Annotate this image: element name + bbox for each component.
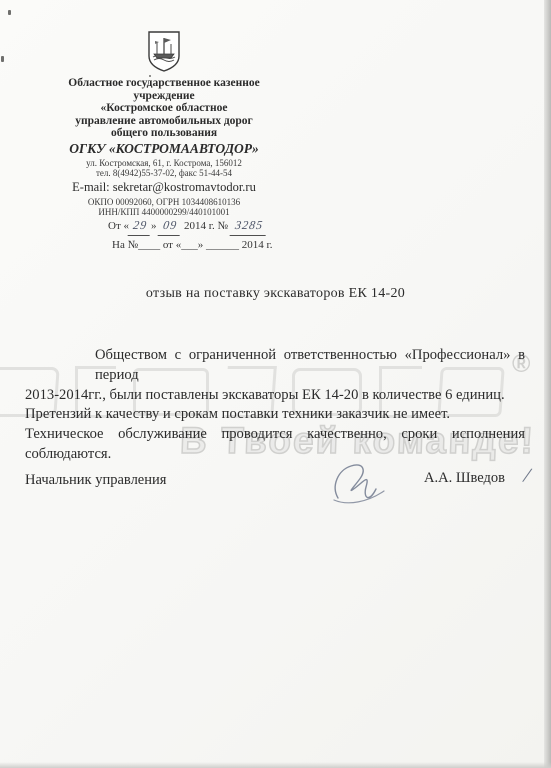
scan-speck — [8, 10, 11, 15]
body-line: 2013-2014гг., были поставлены экскаватор… — [25, 386, 525, 406]
scan-right-edge-shadow — [544, 0, 551, 768]
org-phone-fax: тел. 8(4942)55-37-02, факс 51-44-54 — [30, 168, 298, 178]
reference-block: От «29» 09 2014 г. № 3285 На №____ от «_… — [108, 216, 338, 255]
ref-number-handwritten: 3285 — [229, 216, 268, 236]
org-email: E-mail: sekretar@kostromavtodor.ru — [30, 180, 298, 195]
incoming-ref-line: На №____ от «___» ______ 2014 г. — [108, 236, 338, 255]
scan-speck — [1, 56, 4, 62]
document-title: отзыв на поставку экскаваторов ЕК 14-20 — [0, 286, 551, 302]
scan-bottom-edge-shadow — [0, 762, 551, 768]
ref-month-handwritten: 09 — [158, 216, 183, 236]
org-name-line: учреждение — [30, 90, 298, 103]
scanned-letter-page: ® В Твоей команде! Областное государстве… — [0, 0, 551, 768]
ref-from-label: От « — [108, 220, 129, 232]
body-paragraph: Обществом с ограниченной ответственность… — [25, 346, 525, 465]
outgoing-ref-line: От «29» 09 2014 г. № 3285 — [108, 216, 338, 236]
org-name-line: «Костромское областное — [30, 102, 298, 115]
body-line: соблюдаются. — [25, 445, 525, 465]
letterhead: Областное государственное казенное учреж… — [30, 30, 298, 217]
signature-slash-mark: / — [522, 463, 531, 489]
org-okpo-ogrn: ОКПО 00092060, ОГРН 1034408610136 — [30, 197, 298, 207]
signer-position-title: Начальник управления — [25, 472, 166, 489]
org-address: ул. Костромская, 61, г. Кострома, 156012 — [30, 158, 298, 168]
org-inn-kpp: ИНН/КПП 4400000299/440101001 — [30, 207, 298, 217]
signer-name: А.А. Шведов — [424, 470, 505, 487]
org-name-line: Областное государственное казенное — [30, 77, 298, 90]
org-name-line: общего пользования — [30, 127, 298, 140]
ref-day-handwritten: 29 — [128, 216, 153, 236]
body-line: Техническое обслуживание проводится каче… — [25, 425, 525, 445]
handwritten-signature — [328, 458, 390, 508]
body-line: Обществом с ограниченной ответственность… — [25, 346, 525, 386]
org-short-name: ОГКУ «КОСТРОМААВТОДОР» — [30, 141, 298, 156]
kostroma-coat-of-arms-icon — [147, 30, 181, 72]
ref-year-number-label: 2014 г. № — [184, 220, 228, 232]
ref-quote-close: » — [151, 220, 157, 232]
body-line: Претензий к качеству и срокам поставки т… — [25, 405, 525, 425]
org-name-line: управление автомобильных дорог — [30, 115, 298, 128]
